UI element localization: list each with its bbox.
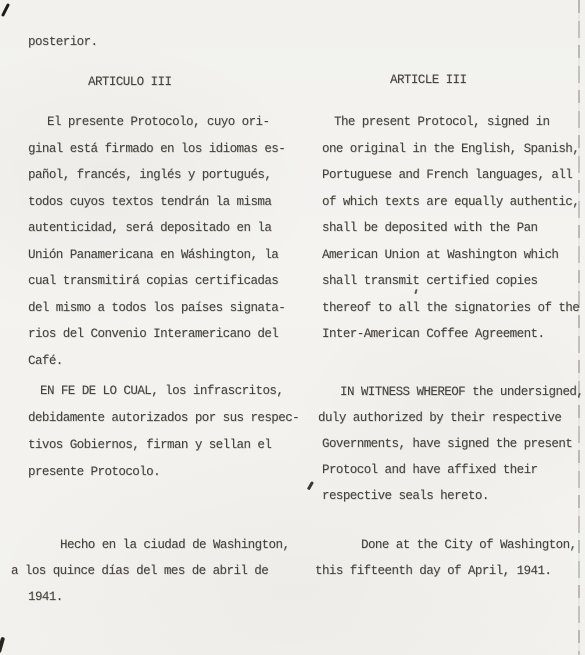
text-line: Hecho en la ciudad de Washington, xyxy=(28,532,289,558)
scan-artifact-top-left xyxy=(1,3,10,17)
spanish-paragraph-2: EN FE DE LO CUAL, los infrascritos,debid… xyxy=(28,378,299,486)
text-line: tivos Gobiernos, firman y sellan el xyxy=(28,432,299,459)
spanish-paragraph-1: El presente Protocolo, cuyo ori-ginal es… xyxy=(28,109,285,374)
text-line: Protocol and have affixed their xyxy=(322,457,583,483)
text-line: shall be deposited with the Pan xyxy=(322,215,579,242)
text-line: Café. xyxy=(28,348,285,375)
text-line: El presente Protocolo, cuyo ori- xyxy=(28,109,285,136)
text-line: thereof to all the signatories of the xyxy=(322,295,579,322)
stray-pen-mark xyxy=(307,481,314,490)
text-line: autenticidad, será depositado en la xyxy=(28,215,285,242)
text-line: pañol, francés, inglés y portugués, xyxy=(28,162,285,189)
continuation-text-line: posterior. xyxy=(28,33,98,51)
text-line: Portuguese and French languages, all xyxy=(322,162,579,189)
text-line: American Union at Washington which xyxy=(322,242,579,269)
text-line: Done at the City of Washington, xyxy=(322,532,577,558)
english-article-heading: ARTICLE III xyxy=(390,71,466,89)
text-line: Inter-American Coffee Agreement. xyxy=(322,321,579,348)
text-line: 1941. xyxy=(28,584,289,610)
text-line: Unión Panamericana en Wáshington, la xyxy=(28,242,285,269)
text-line: del mismo a todos los países signata- xyxy=(28,295,285,322)
text-line: EN FE DE LO CUAL, los infrascritos, xyxy=(28,378,299,405)
text-line: cual transmitirá copias certificadas xyxy=(28,268,285,295)
text-line: debidamente autorizados por sus respec- xyxy=(28,405,299,432)
text-line: presente Protocolo. xyxy=(28,459,299,486)
spanish-paragraph-3: Hecho en la ciudad de Washington,a los q… xyxy=(28,532,289,610)
english-paragraph-3: Done at the City of Washington,this fift… xyxy=(322,532,577,584)
text-line: ginal está firmado en los idiomas es- xyxy=(28,136,285,163)
english-paragraph-2: IN WITNESS WHEREOF the undersigned,duly … xyxy=(322,379,583,509)
text-line: shall transmit certified copies xyxy=(322,268,579,295)
text-line: The present Protocol, signed in xyxy=(322,109,579,136)
text-line: one original in the English, Spanish, xyxy=(322,136,579,163)
text-line: rios del Convenio Interamericano del xyxy=(28,321,285,348)
text-line: duly authorized by their respective xyxy=(318,405,583,431)
spanish-article-heading: ARTICULO III xyxy=(88,73,171,91)
text-line: of which texts are equally authentic, xyxy=(322,189,579,216)
text-line: this fifteenth day of April, 1941. xyxy=(315,558,577,584)
english-paragraph-1: The present Protocol, signed inone origi… xyxy=(322,109,579,348)
text-line: a los quince días del mes de abril de xyxy=(11,558,289,584)
text-line: Governments, have signed the present xyxy=(322,431,583,457)
text-line: IN WITNESS WHEREOF the undersigned, xyxy=(322,379,583,405)
text-line: todos cuyos textos tendrán la misma xyxy=(28,189,285,216)
scanned-document-page: posterior. ARTICULO III El presente Prot… xyxy=(0,0,585,655)
scan-artifact-bottom-left xyxy=(0,637,5,653)
text-line: respective seals hereto. xyxy=(322,483,583,509)
